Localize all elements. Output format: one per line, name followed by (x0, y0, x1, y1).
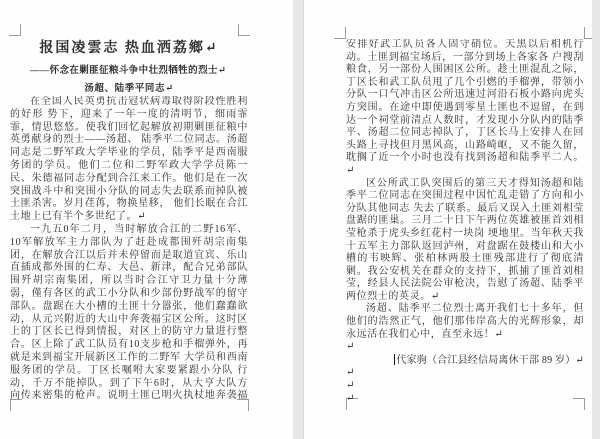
crop-mark-bottom-right (237, 399, 249, 411)
paragraph[interactable]: 汤超、陆季平二位烈士离开我们七十多年，但他们的浩然正气，他们那伟岸高大的光辉形象… (346, 303, 584, 341)
document-page-right[interactable]: 安排好武工队员各人固守硝位。天黑以后相机行动。土匪到福宝场后，一部分到场上各家各… (303, 0, 593, 439)
crop-mark-bottom-left (10, 399, 22, 411)
pilcrow-mark: ↵ (346, 367, 584, 380)
pilcrow-mark: ↵ (346, 393, 584, 406)
signature-text: 代家驹（合江县经信局离休干部 89 岁）↵ (396, 355, 584, 366)
left-page-body[interactable]: 在全国人民英勇抗击冠状病毒取得阶段性胜利的好形 势下，迎来了一年一度的清明节，细… (10, 96, 248, 399)
pilcrow-mark: ↵ (346, 380, 584, 393)
right-page-body[interactable]: 安排好武工队员各人固守硝位。天黑以后相机行动。土匪到福宝场后，一部分到场上各家各… (346, 39, 584, 435)
word-document-view: { "app": { "background_color": "#e8e8e8"… (0, 0, 600, 439)
document-page-left[interactable]: 报国凌雲志 热血洒荔鄉↵ ——怀念在剿匪征粮斗争中壮烈牺牲的烈士↵ 汤超、陆季平… (0, 0, 294, 439)
workspace-background (592, 0, 600, 439)
dedication-line: 汤超、陆季平同志↵ (10, 80, 248, 94)
document-title: 报国凌雲志 热血洒荔鄉↵ (10, 37, 248, 57)
crop-mark-top-left (334, 27, 346, 39)
page-gutter (293, 0, 303, 439)
crop-mark-top-left (9, 24, 21, 36)
document-subtitle: ——怀念在剿匪征粮斗争中壮烈牺牲的烈士↵ (6, 62, 250, 76)
crop-mark-top-right (238, 24, 250, 36)
paragraph[interactable]: 安排好武工队员各人固守硝位。天黑以后相机行动。土匪到福宝场后，一部分到场上各家各… (346, 39, 584, 178)
paragraph[interactable]: 一九五0年二月，当时解放合江的二野16军、10军解放军主力部队为了赶赴成都围歼胡… (10, 224, 248, 399)
paragraph[interactable]: 区公所武工队突围后的第三天才得知汤超和陆季平二位同志在突围过程中因忙乱走错了方向… (346, 178, 584, 304)
pilcrow-mark: ↵ (346, 341, 584, 354)
paragraph[interactable]: 在全国人民英勇抗击冠状病毒取得阶段性胜利的好形 势下，迎来了一年一度的清明节，细… (10, 96, 248, 224)
signature-line[interactable]: 代家驹（合江县经信局离休干部 89 岁）↵ (346, 354, 584, 368)
